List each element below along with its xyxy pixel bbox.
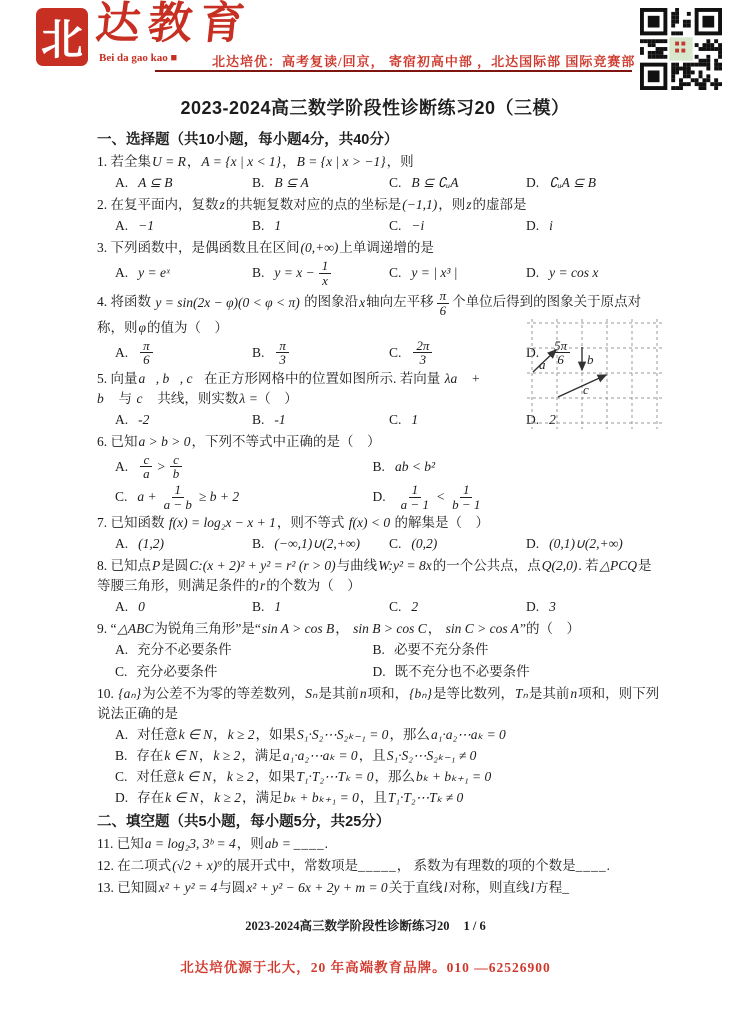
- logo-name: 达教育: [93, 0, 255, 51]
- text-run: W:y² = 8x: [377, 558, 433, 573]
- question-stem: 6. 已知a > b > 0，下列不等式中正确的是（ ）: [97, 432, 663, 452]
- text-run: {bₙ}: [408, 686, 433, 701]
- text-run: ， 系数为有理数的项的个数是: [397, 858, 576, 873]
- option-B: B.(−∞,1)∪(2,+∞): [252, 534, 389, 554]
- option-C: C.−i: [389, 216, 526, 236]
- text-run: C:(x + 2)² + y² = r² (r > 0): [188, 558, 336, 573]
- fraction: cb: [170, 453, 183, 481]
- question-7: 7. 已知函数 f(x) = log₂x − x + 1，则不等式 f(x) <…: [97, 513, 663, 554]
- option-label: D.: [526, 597, 539, 617]
- option-label: D.: [115, 790, 128, 805]
- option-label: D.: [373, 662, 386, 682]
- question-10: 10. {aₙ}为公差不为零的等差数列，Sₙ是其前n项和，{bₙ}是等比数列，T…: [97, 684, 663, 808]
- option-label: B.: [252, 597, 264, 617]
- vector-a-label: a⃗: [539, 357, 556, 372]
- text-run: . 若: [578, 558, 598, 573]
- header-rule: [155, 70, 632, 72]
- text-run: 6. 已知: [97, 434, 138, 449]
- option-label: B.: [252, 173, 264, 193]
- text-run: S₁·S₂⋯S₂ₖ₋₁ ≠ 0: [386, 748, 478, 763]
- option-C: C.对任意k ∈ N，k ≥ 2，如果T₁·T₂⋯Tₖ = 0，那么bₖ + b…: [115, 767, 663, 787]
- text-run: 是圆: [161, 558, 188, 573]
- text-run: 11. 已知: [97, 836, 144, 851]
- text-run: A = {x | x < 1}: [200, 154, 282, 169]
- option-C: C.B ⊆ ∁ᵤA: [389, 173, 526, 193]
- text-run: -1: [273, 410, 286, 430]
- text-run: (0,1)∪(2,+∞): [548, 534, 624, 554]
- text-run: y = | x³ |: [410, 263, 458, 283]
- text-run: 充分必要条件: [136, 662, 217, 682]
- text-run: ，满足: [241, 748, 282, 763]
- option-B: B.1: [252, 216, 389, 236]
- question-stem: 7. 已知函数 f(x) = log₂x − x + 1，则不等式 f(x) <…: [97, 513, 663, 533]
- options: A.0B.1C.2D.3: [115, 597, 663, 617]
- text-run: 与: [115, 391, 135, 406]
- options: A.对任意k ∈ N，k ≥ 2，如果S₁·S₂⋯S₂ₖ₋₁ = 0，那么a₁·…: [115, 725, 663, 808]
- vector-c-label: c⃗: [583, 382, 599, 397]
- text-run: a = log₂3, 3ᵇ = 4: [144, 836, 237, 851]
- option-label: C.: [389, 263, 401, 283]
- text-run: x² + y² = 4: [158, 880, 219, 895]
- option-label: B.: [252, 263, 264, 283]
- text-run: ，: [200, 790, 214, 805]
- option-label: C.: [389, 410, 401, 430]
- options: A.A ⊆ BB.B ⊆ AC.B ⊆ ∁ᵤAD.∁ᵤA ⊆ B: [115, 173, 663, 193]
- fraction: 1x: [319, 259, 332, 287]
- text-run: k ∈ N: [164, 790, 200, 805]
- option-label: D.: [373, 487, 386, 507]
- text-run: 关于直线: [389, 880, 443, 895]
- text-run: {aₙ}: [117, 686, 142, 701]
- text-run: 在正方形网格中的位置如图所示. 若向量: [204, 371, 444, 386]
- text-run: 与曲线: [337, 558, 378, 573]
- option-label: C.: [115, 662, 127, 682]
- text-run: sin B > cos C: [352, 621, 428, 636]
- option-A: A.充分不必要条件: [115, 640, 373, 660]
- option-C: C.y = | x³ |: [389, 259, 526, 287]
- option-label: A.: [115, 173, 128, 193]
- text-run: U = R: [151, 154, 187, 169]
- option-C: C.1: [389, 410, 526, 430]
- question-stem: 11. 已知a = log₂3, 3ᵇ = 4，则ab = ____.: [97, 834, 663, 854]
- text-run: sin A > cos B: [261, 621, 335, 636]
- text-run: ，则: [438, 197, 465, 212]
- option-D: D.1a − 1<1b − 1: [373, 483, 663, 511]
- question-9: 9. “△ABC为锐角三角形”是“sin A > cos B， sin B > …: [97, 619, 663, 682]
- text-run: 2: [410, 597, 419, 617]
- section-heading-choice: 一、选择题（共10小题，每小题4分，共40分）: [97, 128, 663, 149]
- options: A.(1,2)B.(−∞,1)∪(2,+∞)C.(0,2)D.(0,1)∪(2,…: [115, 534, 663, 554]
- question-8: 8. 已知点P是圆C:(x + 2)² + y² = r² (r > 0)与曲线…: [97, 556, 663, 617]
- option-D: D.i: [526, 216, 663, 236]
- option-B: B.y = x −1x: [252, 259, 389, 287]
- answer-blank: _____: [358, 858, 397, 873]
- option-label: C.: [115, 487, 127, 507]
- text-run: (0,+∞): [300, 240, 340, 255]
- text-run: B ⊆ A: [273, 173, 309, 193]
- text-run: 对任意: [137, 727, 178, 742]
- text-run: 充分不必要条件: [137, 640, 232, 660]
- text-run: Tₙ: [514, 686, 529, 701]
- text-run: Sₙ: [304, 686, 318, 701]
- text-run: 0: [137, 597, 146, 617]
- option-C: C.充分必要条件: [115, 662, 373, 682]
- text-run: ”的（ ）: [520, 621, 580, 636]
- text-run: 10.: [97, 686, 117, 701]
- text-run: k ≥ 2: [212, 748, 241, 763]
- option-label: D.: [526, 216, 539, 236]
- fraction: π6: [140, 339, 153, 367]
- text-run: a₁·a₂⋯aₖ = 0: [282, 748, 359, 763]
- text-run: (√2 + x)⁹: [171, 858, 223, 873]
- text-run: n: [359, 686, 368, 701]
- question-1: 1. 若全集U = R，A = {x | x < 1}，B = {x | x >…: [97, 152, 663, 193]
- option-A: A.0: [115, 597, 252, 617]
- text-run: k ≥ 2: [213, 790, 242, 805]
- text-run: =: [279, 836, 293, 851]
- text-run: bₖ + bₖ₊₁ = 0: [415, 769, 492, 784]
- fraction: 1a − b: [161, 483, 195, 511]
- vector-grid-diagram: a⃗ b⃗ c⃗: [527, 319, 663, 429]
- text-run: 1: [273, 216, 282, 236]
- option-label: A.: [115, 597, 128, 617]
- text-run: a +: [136, 487, 157, 507]
- option-A: A.对任意k ∈ N，k ≥ 2，如果S₁·S₂⋯S₂ₖ₋₁ = 0，那么a₁·…: [115, 725, 663, 745]
- fill-questions: 11. 已知a = log₂3, 3ᵇ = 4，则ab = ____.12. 在…: [97, 834, 663, 898]
- option-B: B.-1: [252, 410, 389, 430]
- answer-blank: _: [562, 880, 570, 895]
- option-B: B.π3: [252, 339, 389, 367]
- question-11: 11. 已知a = log₂3, 3ᵇ = 4，则ab = ____.: [97, 834, 663, 854]
- option-label: B.: [115, 748, 127, 763]
- text-run: 5. 向量: [97, 371, 138, 386]
- option-D: D.y = cos x: [526, 259, 663, 287]
- text-run: 存在: [136, 748, 163, 763]
- question-5: 5. 向量a⃗, b⃗, c⃗在正方形网格中的位置如图所示. 若向量 λa⃗ +…: [97, 369, 663, 430]
- text-run: 12. 在二项式: [97, 858, 171, 873]
- option-label: C.: [389, 343, 401, 363]
- text-run: f(x) = log₂x − x + 1: [168, 515, 277, 530]
- text-run: bₖ + bₖ₊₁ = 0: [283, 790, 360, 805]
- option-A: A.A ⊆ B: [115, 173, 252, 193]
- text-run: −i: [410, 216, 425, 236]
- option-D: D.3: [526, 597, 663, 617]
- text-run: B ⊆ ∁ᵤA: [410, 173, 459, 193]
- text-run: 既不充分也不必要条件: [395, 662, 530, 682]
- option-label: D.: [526, 534, 539, 554]
- text-run: ，则: [237, 836, 264, 851]
- text-run: .: [325, 836, 328, 851]
- text-run: 项和，: [368, 686, 409, 701]
- question-12: 12. 在二项式(√2 + x)⁹的展开式中，常数项是_____， 系数为有理数…: [97, 856, 663, 876]
- answer-blank: ____: [294, 836, 325, 851]
- document-body: 2023-2024高三数学阶段性诊断练习20（三模） 一、选择题（共10小题，每…: [97, 94, 663, 900]
- text-run: T₁·T₂⋯Tₖ ≠ 0: [387, 790, 464, 805]
- text-run: <: [435, 487, 446, 507]
- text-run: 是等比数列，: [433, 686, 514, 701]
- text-run: T₁·T₂⋯Tₖ = 0: [295, 769, 374, 784]
- text-run: =（ ）: [246, 391, 298, 406]
- text-run: ，: [335, 621, 352, 636]
- option-A: A.(1,2): [115, 534, 252, 554]
- text-run: 1: [273, 597, 282, 617]
- text-run: ∁ᵤA ⊆ B: [548, 173, 597, 193]
- question-stem: 10. {aₙ}为公差不为零的等差数列，Sₙ是其前n项和，{bₙ}是等比数列，T…: [97, 684, 663, 724]
- text-run: 1: [410, 410, 419, 430]
- option-label: A.: [115, 727, 128, 742]
- question-stem: 3. 下列函数中，是偶函数且在区间(0,+∞)上单调递增的是: [97, 238, 663, 258]
- logo-seal: 北: [36, 8, 88, 66]
- fraction: ca: [140, 453, 153, 481]
- text-run: 方程: [535, 880, 562, 895]
- text-run: 2. 在复平面内，复数: [97, 197, 219, 212]
- text-run: .: [607, 858, 610, 873]
- text-run: f(x) < 0: [348, 515, 391, 530]
- page-footer: 2023-2024高三数学阶段性诊断练习201 / 6: [0, 916, 731, 934]
- option-label: C.: [389, 597, 401, 617]
- option-label: A.: [115, 216, 128, 236]
- option-label: D.: [526, 263, 539, 283]
- question-stem: 1. 若全集U = R，A = {x | x < 1}，B = {x | x >…: [97, 152, 663, 172]
- option-label: B.: [252, 343, 264, 363]
- text-run: ，则: [387, 154, 414, 169]
- text-run: 的虚部是: [473, 197, 527, 212]
- text-run: 1. 若全集: [97, 154, 151, 169]
- text-run: z: [219, 197, 226, 212]
- option-label: B.: [373, 640, 385, 660]
- options: A.充分不必要条件B.必要不充分条件C.充分必要条件D.既不充分也不必要条件: [115, 640, 663, 682]
- question-stem: 2. 在复平面内，复数z的共轭复数对应的点的坐标是(−1,1)，则z的虚部是: [97, 195, 663, 215]
- question-6: 6. 已知a > b > 0，下列不等式中正确的是（ ）A.ca>cbB.ab …: [97, 432, 663, 512]
- text-run: y = x −: [273, 263, 315, 283]
- option-label: C.: [389, 534, 401, 554]
- text-run: 存在: [137, 790, 164, 805]
- option-label: B.: [252, 410, 264, 430]
- text-run: k ∈ N: [177, 769, 213, 784]
- text-run: ≥ b + 2: [198, 487, 240, 507]
- fraction: π6: [437, 289, 450, 317]
- text-run: ，: [428, 621, 445, 636]
- text-run: 是其前: [529, 686, 570, 701]
- question-3: 3. 下列函数中，是偶函数且在区间(0,+∞)上单调递增的是A.y = eˣB.…: [97, 238, 663, 287]
- option-label: A.: [115, 410, 128, 430]
- text-run: 的展开式中，常数项是: [223, 858, 358, 873]
- footer-doc-label: 2023-2024高三数学阶段性诊断练习20: [245, 919, 449, 933]
- text-run: ，如果: [255, 769, 296, 784]
- text-run: ，且: [360, 790, 387, 805]
- text-run: 共线，则实数: [154, 391, 238, 406]
- text-run: (−1,1): [401, 197, 438, 212]
- option-B: B.必要不充分条件: [373, 640, 663, 660]
- text-run: ，那么: [389, 727, 430, 742]
- text-run: z: [465, 197, 472, 212]
- text-run: k ≥ 2: [226, 769, 255, 784]
- text-run: φ: [138, 320, 147, 335]
- options: A.−1B.1C.−iD.i: [115, 216, 663, 236]
- option-D: D.存在k ∈ N，k ≥ 2，满足bₖ + bₖ₊₁ = 0，且T₁·T₂⋯T…: [115, 788, 663, 808]
- text-run: ab: [264, 836, 280, 851]
- text-run: ，: [212, 769, 226, 784]
- text-run: x: [358, 295, 366, 310]
- text-run: 的图象沿: [301, 295, 358, 310]
- section-heading-fill: 二、填空题（共5小题，每小题5分，共25分）: [97, 810, 663, 831]
- text-run: 必要不充分条件: [394, 640, 489, 660]
- option-D: D.既不充分也不必要条件: [373, 662, 663, 682]
- text-run: ，: [199, 748, 213, 763]
- text-run: 3. 下列函数中，是偶函数且在区间: [97, 240, 300, 255]
- text-run: a⃗, b⃗, c⃗: [138, 371, 205, 386]
- text-run: n: [569, 686, 578, 701]
- option-label: C.: [115, 769, 127, 784]
- answer-blank: ____: [576, 858, 607, 873]
- text-run: a₁·a₂⋯aₖ = 0: [430, 727, 507, 742]
- text-run: c⃗: [136, 391, 155, 406]
- question-stem: 9. “△ABC为锐角三角形”是“sin A > cos B， sin B > …: [97, 619, 663, 639]
- text-run: 3: [548, 597, 557, 617]
- text-run: 为锐角三角形”是“: [154, 621, 260, 636]
- fraction: 1a − 1: [398, 483, 432, 511]
- option-label: B.: [373, 457, 385, 477]
- text-run: k ∈ N: [178, 727, 214, 742]
- text-run: ，满足: [242, 790, 283, 805]
- option-C: C.(0,2): [389, 534, 526, 554]
- text-run: 的共轭复数对应的点的坐标是: [226, 197, 402, 212]
- option-A: A.π6: [115, 339, 252, 367]
- option-label: B.: [252, 216, 264, 236]
- text-run: 与圆: [218, 880, 245, 895]
- page-title: 2023-2024高三数学阶段性诊断练习20（三模）: [87, 94, 663, 120]
- options: A.y = eˣB.y = x −1xC.y = | x³ |D.y = cos…: [115, 259, 663, 287]
- option-B: B.存在k ∈ N，k ≥ 2，满足a₁·a₂⋯aₖ = 0，且S₁·S₂⋯S₂…: [115, 746, 663, 766]
- text-run: 是其前: [318, 686, 359, 701]
- option-label: A.: [115, 263, 128, 283]
- option-B: B.1: [252, 597, 389, 617]
- option-C: C.2π3: [389, 339, 526, 367]
- text-run: sin C > cos A: [445, 621, 520, 636]
- text-run: 的值为（ ）: [147, 320, 228, 335]
- text-run: ，如果: [256, 727, 297, 742]
- qr-code: [640, 8, 722, 90]
- fraction: π3: [276, 339, 289, 367]
- option-label: C.: [389, 216, 401, 236]
- text-run: i: [548, 216, 554, 236]
- text-run: 对任意: [136, 769, 177, 784]
- text-run: 的解集是（ ）: [391, 515, 489, 530]
- option-A: A.−1: [115, 216, 252, 236]
- text-run: B = {x | x > −1}: [296, 154, 387, 169]
- option-A: A.y = eˣ: [115, 259, 252, 287]
- option-D: D.∁ᵤA ⊆ B: [526, 173, 663, 193]
- text-run: 的个数为（ ）: [266, 578, 361, 593]
- text-run: -2: [137, 410, 150, 430]
- option-label: D.: [526, 173, 539, 193]
- text-run: 13. 已知圆: [97, 880, 158, 895]
- question-stem: 8. 已知点P是圆C:(x + 2)² + y² = r² (r > 0)与曲线…: [97, 556, 663, 596]
- text-run: y = eˣ: [137, 263, 171, 283]
- text-run: (1,2): [137, 534, 165, 554]
- header-tagline: 北达培优：高考复读/回京， 寄宿初高中部 ，北达国际部 国际竞赛部: [212, 51, 635, 70]
- text-run: 9. “: [97, 621, 117, 636]
- text-run: k ≥ 2: [227, 727, 256, 742]
- text-run: 轴向左平移: [366, 295, 434, 310]
- option-label: A.: [115, 457, 128, 477]
- text-run: ab < b²: [394, 457, 436, 477]
- text-run: Q(2,0): [541, 558, 579, 573]
- fraction: 1b − 1: [449, 483, 483, 511]
- option-A: A.ca>cb: [115, 453, 373, 481]
- text-run: y = sin(2x − φ)(0 < φ < π): [154, 295, 300, 310]
- question-13: 13. 已知圆x² + y² = 4与圆x² + y² − 6x + 2y + …: [97, 878, 663, 898]
- text-run: x² + y² − 6x + 2y + m = 0: [245, 880, 388, 895]
- text-run: △PCQ: [599, 558, 638, 573]
- fraction: 2π3: [413, 339, 432, 367]
- text-run: 8. 已知点: [97, 558, 151, 573]
- text-run: 4. 将函数: [97, 295, 154, 310]
- question-stem: 13. 已知圆x² + y² = 4与圆x² + y² − 6x + 2y + …: [97, 878, 663, 898]
- text-run: P: [151, 558, 161, 573]
- option-A: A.-2: [115, 410, 252, 430]
- vector-b-label: b⃗: [587, 352, 604, 367]
- option-label: C.: [389, 173, 401, 193]
- text-run: −1: [137, 216, 155, 236]
- text-run: ，下列不等式中正确的是（ ）: [191, 434, 380, 449]
- text-run: 7. 已知函数: [97, 515, 168, 530]
- option-label: A.: [115, 640, 128, 660]
- option-C: C.2: [389, 597, 526, 617]
- text-run: ，: [282, 154, 296, 169]
- text-run: A ⊆ B: [137, 173, 173, 193]
- choice-questions: 1. 若全集U = R，A = {x | x < 1}，B = {x | x >…: [97, 152, 663, 808]
- exam-page: 北 达教育 Bei da gao kao ■ 北达培优：高考复读/回京， 寄宿初…: [0, 0, 731, 1024]
- option-D: D.(0,1)∪(2,+∞): [526, 534, 663, 554]
- text-run: 上单调递增的是: [339, 240, 434, 255]
- text-run: 的一个公共点，点: [433, 558, 541, 573]
- option-B: B.ab < b²: [373, 453, 663, 481]
- option-label: A.: [115, 343, 128, 363]
- text-run: (0,2): [410, 534, 438, 554]
- text-run: k ∈ N: [163, 748, 199, 763]
- text-run: 为公差不为零的等差数列，: [142, 686, 304, 701]
- text-run: y = cos x: [548, 263, 599, 283]
- text-run: ，: [187, 154, 201, 169]
- text-run: ，且: [359, 748, 386, 763]
- brand-slogan: 北达培优源于北大，20 年高端教育品牌。010 —62526900: [0, 956, 731, 976]
- text-run: 对称，则直线: [448, 880, 529, 895]
- text-run: >: [156, 457, 167, 477]
- text-run: S₁·S₂⋯S₂ₖ₋₁ = 0: [296, 727, 389, 742]
- question-2: 2. 在复平面内，复数z的共轭复数对应的点的坐标是(−1,1)，则z的虚部是A.…: [97, 195, 663, 236]
- option-label: B.: [252, 534, 264, 554]
- text-run: ，则不等式: [277, 515, 348, 530]
- option-B: B.B ⊆ A: [252, 173, 389, 193]
- option-label: A.: [115, 534, 128, 554]
- logo-subtitle: Bei da gao kao ■: [99, 52, 177, 64]
- options: A.ca>cbB.ab < b²C.a +1a − b≥ b + 2D.1a −…: [115, 453, 663, 512]
- text-run: a > b > 0: [138, 434, 192, 449]
- text-run: (−∞,1)∪(2,+∞): [273, 534, 361, 554]
- text-run: ，那么: [374, 769, 415, 784]
- text-run: △ABC: [117, 621, 155, 636]
- question-stem: 12. 在二项式(√2 + x)⁹的展开式中，常数项是_____， 系数为有理数…: [97, 856, 663, 876]
- page-number: 1 / 6: [463, 919, 485, 933]
- text-run: ，: [213, 727, 227, 742]
- option-C: C.a +1a − b≥ b + 2: [115, 483, 373, 511]
